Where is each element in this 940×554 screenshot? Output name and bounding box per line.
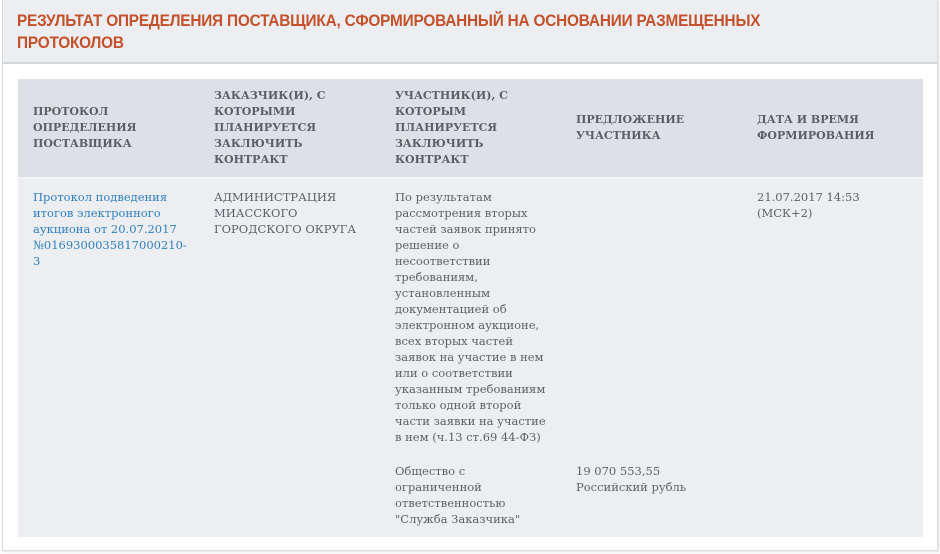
decision-text: По результатам рассмотрения вторых часте…: [395, 189, 551, 445]
table-row: Протокол подведения итогов электронного …: [18, 178, 923, 445]
offer-currency: Российский рубль: [576, 479, 732, 495]
results-table-wrapper: ПРОТОКОЛ ОПРЕДЕЛЕНИЯ ПОСТАВЩИКА ЗАКАЗЧИК…: [18, 79, 923, 537]
offer-cell-empty: [561, 178, 742, 445]
offer-amount: 19 070 553,55: [576, 463, 732, 479]
results-table: ПРОТОКОЛ ОПРЕДЕЛЕНИЯ ПОСТАВЩИКА ЗАКАЗЧИК…: [18, 79, 923, 537]
column-header-offer: ПРЕДЛОЖЕНИЕ УЧАСТНИКА: [561, 79, 742, 178]
column-header-participant: УЧАСТНИК(И), С КОТОРЫМ ПЛАНИРУЕТСЯ ЗАКЛЮ…: [380, 79, 561, 178]
column-header-protocol: ПРОТОКОЛ ОПРЕДЕЛЕНИЯ ПОСТАВЩИКА: [18, 79, 199, 178]
participant-cell: Общество с ограниченной ответственностью…: [380, 445, 561, 537]
participant-name: Общество с ограниченной ответственностью…: [395, 463, 551, 527]
customer-cell: АДМИНИСТРАЦИЯ МИАССКОГО ГОРОДСКОГО ОКРУГ…: [199, 178, 380, 537]
card-header: РЕЗУЛЬТАТ ОПРЕДЕЛЕНИЯ ПОСТАВЩИКА, СФОРМИ…: [3, 0, 937, 64]
table-header-row: ПРОТОКОЛ ОПРЕДЕЛЕНИЯ ПОСТАВЩИКА ЗАКАЗЧИК…: [18, 79, 923, 178]
column-header-datetime: ДАТА И ВРЕМЯ ФОРМИРОВАНИЯ: [742, 79, 923, 178]
datetime-cell: 21.07.2017 14:53 (МСК+2): [742, 178, 923, 537]
protocol-cell: Протокол подведения итогов электронного …: [18, 178, 199, 537]
offer-cell: 19 070 553,55 Российский рубль: [561, 445, 742, 537]
section-title: РЕЗУЛЬТАТ ОПРЕДЕЛЕНИЯ ПОСТАВЩИКА, СФОРМИ…: [17, 10, 835, 54]
column-header-customer: ЗАКАЗЧИК(И), С КОТОРЫМИ ПЛАНИРУЕТСЯ ЗАКЛ…: [199, 79, 380, 178]
decision-cell: По результатам рассмотрения вторых часте…: [380, 178, 561, 445]
protocol-link[interactable]: Протокол подведения итогов электронного …: [33, 190, 187, 268]
supplier-result-card: РЕЗУЛЬТАТ ОПРЕДЕЛЕНИЯ ПОСТАВЩИКА, СФОРМИ…: [2, 0, 938, 551]
